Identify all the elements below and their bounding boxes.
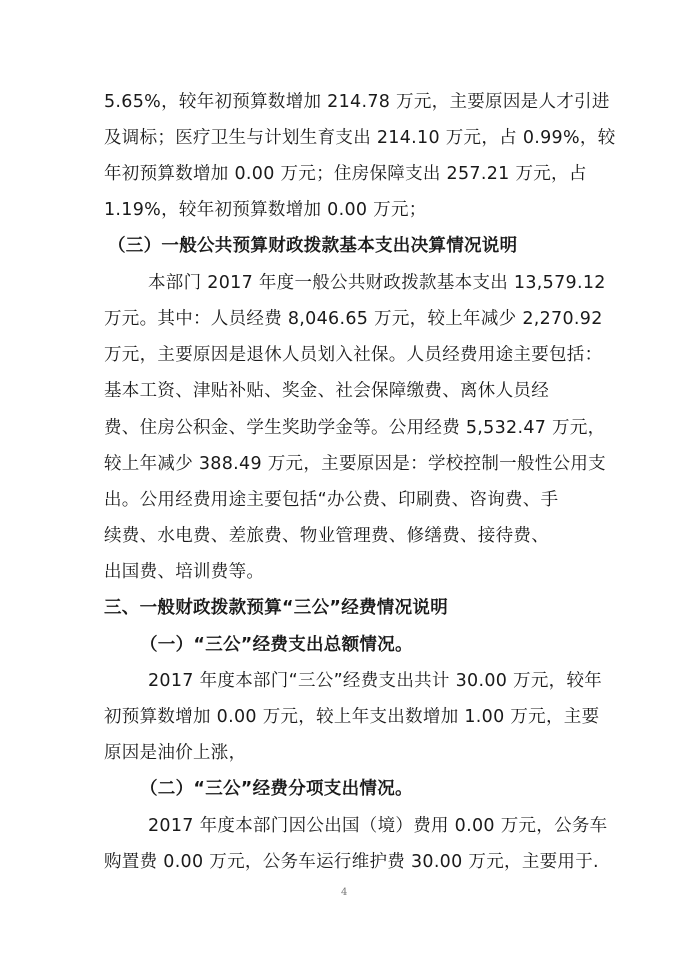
subsection-heading: （二）“三公”经费分项支出情况。 — [140, 777, 413, 801]
paragraph-line: 2017 年度本部门因公出国（境）费用 0.00 万元，公务车 — [148, 814, 608, 838]
paragraph-line: 较上年减少 388.49 万元，主要原因是：学校控制一般性公用支 — [104, 452, 606, 476]
paragraph-line: 及调标；医疗卫生与计划生育支出 214.10 万元，占 0.99%，较 — [104, 126, 616, 150]
paragraph-line: 出。公用经费用途主要包括“办公费、印刷费、咨询费、手 — [104, 488, 558, 512]
paragraph-line: 费、住房公积金、学生奖助学金等。公用经费 5,532.47 万元， — [104, 416, 605, 440]
section-heading: （三）一般公共预算财政拨款基本支出决算情况说明 — [108, 234, 517, 258]
paragraph-line: 原因是油价上涨， — [104, 741, 246, 765]
document-page: 5.65%，较年初预算数增加 214.78 万元，主要原因是人才引进 及调标；医… — [0, 0, 688, 972]
section-heading: 三、一般财政拨款预算“三公”经费情况说明 — [104, 596, 448, 620]
paragraph-line: 初预算数增加 0.00 万元，较上年支出数增加 1.00 万元，主要 — [104, 705, 599, 729]
paragraph-line: 出国费、培训费等。 — [104, 560, 264, 584]
paragraph-line: 续费、水电费、差旅费、物业管理费、修缮费、接待费、 — [104, 524, 549, 548]
paragraph-line: 2017 年度本部门“三公”经费支出共计 30.00 万元，较年 — [148, 669, 602, 693]
paragraph-line: 万元。其中：人员经费 8,046.65 万元，较上年减少 2,270.92 — [104, 307, 603, 331]
paragraph-line: 5.65%，较年初预算数增加 214.78 万元，主要原因是人才引进 — [104, 90, 610, 114]
paragraph-line: 1.19%，较年初预算数增加 0.00 万元； — [104, 198, 427, 222]
paragraph-line: 本部门 2017 年度一般公共财政拨款基本支出 13,579.12 — [148, 271, 606, 295]
subsection-heading: （一）“三公”经费支出总额情况。 — [140, 633, 413, 657]
paragraph-line: 万元，主要原因是退休人员划入社保。人员经费用途主要包括： — [104, 343, 602, 367]
paragraph-line: 年初预算数增加 0.00 万元；住房保障支出 257.21 万元，占 — [104, 162, 587, 186]
page-number: 4 — [341, 887, 347, 898]
paragraph-line: 基本工资、津贴补贴、奖金、社会保障缴费、离休人员经 — [104, 379, 549, 403]
paragraph-line: 购置费 0.00 万元，公务车运行维护费 30.00 万元，主要用于. — [104, 850, 599, 874]
